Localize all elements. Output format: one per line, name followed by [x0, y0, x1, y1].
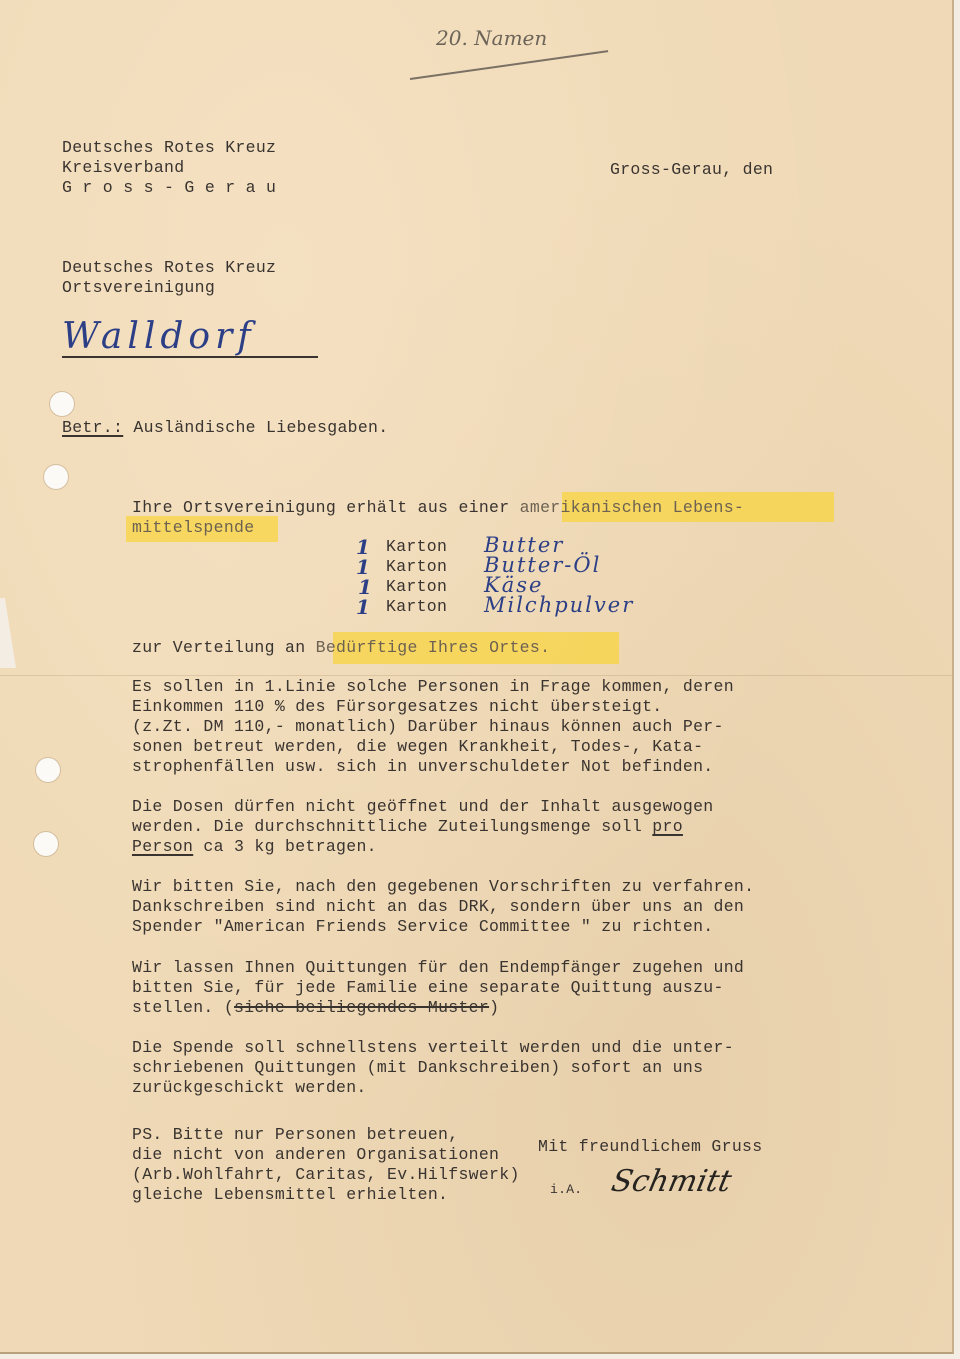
place-date: Gross-Gerau, den [610, 160, 773, 180]
paragraph-thanks-line: Dankschreiben sind nicht an das DRK, son… [132, 897, 744, 917]
paragraph-eligibility-line: sonen betreut werden, die wegen Krankhei… [132, 737, 703, 757]
underlined-text: Person [132, 837, 193, 856]
postscript-line: die nicht von anderen Organisationen [132, 1145, 499, 1165]
distribution-text: zur Verteilung an [132, 638, 316, 657]
paragraph-thanks-line: Wir bitten Sie, nach den gegebenen Vorsc… [132, 877, 754, 897]
paragraph-receipts-line-3: stellen. (siehe beiliegendes Muster) [132, 998, 499, 1018]
sender-line-2: Kreisverband [62, 158, 184, 178]
intro-text: Ihre Ortsvereinigung erhält aus einer [132, 498, 520, 517]
paragraph-distribution-speed-line: zurückgeschickt werden. [132, 1078, 367, 1098]
paragraph-eligibility-line: Es sollen in 1.Linie solche Personen in … [132, 677, 734, 697]
letter-page: 20. Namen Deutsches Rotes Kreuz Kreisver… [0, 0, 954, 1354]
paragraph-receipts-line-1: Wir lassen Ihnen Quittungen für den Ende… [132, 958, 744, 978]
distribution-highlight: Bedürftige Ihres Ortes. [316, 638, 551, 657]
paragraph-cans-line-2: werden. Die durchschnittliche Zuteilungs… [132, 817, 683, 837]
text: stellen. ( [132, 998, 234, 1017]
intro-line-1: Ihre Ortsvereinigung erhält aus einer am… [132, 498, 744, 518]
punch-hole [50, 392, 74, 416]
item-unit: Karton [386, 557, 447, 577]
closing: Mit freundlichem Gruss [538, 1137, 762, 1157]
place-underline [62, 356, 318, 358]
item-product: Milchpulver [484, 593, 634, 617]
paragraph-distribution-speed-line: Die Spende soll schnellstens verteilt we… [132, 1038, 734, 1058]
paragraph-eligibility-line: Einkommen 110 % des Fürsorgesatzes nicht… [132, 697, 662, 717]
subject-label: Betr.: [62, 418, 123, 437]
sender-line-1: Deutsches Rotes Kreuz [62, 138, 276, 158]
item-unit: Karton [386, 597, 447, 617]
paragraph-eligibility-line: (z.Zt. DM 110,- monatlich) Darüber hinau… [132, 717, 724, 737]
paragraph-receipts-line-2: bitten Sie, für jede Familie eine separa… [132, 978, 724, 998]
postscript-line: PS. Bitte nur Personen betreuen, [132, 1125, 458, 1145]
handwritten-place: Walldorf [62, 316, 256, 357]
text: ca 3 kg betragen. [193, 837, 377, 856]
intro-highlight: amerikanischen Lebens- [520, 498, 744, 517]
text: werden. Die durchschnittliche Zuteilungs… [132, 817, 652, 836]
paragraph-thanks-line: Spender "American Friends Service Commit… [132, 917, 714, 937]
item-quantity: 1 [356, 595, 370, 619]
paragraph-distribution-speed-line: schriebenen Quittungen (mit Dankschreibe… [132, 1058, 703, 1078]
recipient-line-1: Deutsches Rotes Kreuz [62, 258, 276, 278]
pencil-line [410, 50, 608, 79]
item-unit: Karton [386, 537, 447, 557]
sender-line-3: G r o s s - G e r a u [62, 178, 276, 198]
punch-hole [34, 832, 58, 856]
item-unit: Karton [386, 577, 447, 597]
intro-line-2: mittelspende [132, 518, 254, 538]
paragraph-cans-line-1: Die Dosen dürfen nicht geöffnet und der … [132, 797, 714, 817]
text: ) [489, 998, 499, 1017]
subject: Betr.: Ausländische Liebesgaben. [62, 418, 388, 438]
signature-prefix: i.A. [550, 1180, 582, 1200]
postscript-line: (Arb.Wohlfahrt, Caritas, Ev.Hilfswerk) [132, 1165, 520, 1185]
paper-fold [0, 675, 952, 676]
signature: Schmitt [608, 1164, 734, 1199]
postscript-line: gleiche Lebensmittel erhielten. [132, 1185, 448, 1205]
paragraph-eligibility-line: strophenfällen usw. sich in unverschulde… [132, 757, 714, 777]
paragraph-cans-line-3: Person ca 3 kg betragen. [132, 837, 377, 857]
punch-hole [36, 758, 60, 782]
punch-hole [44, 465, 68, 489]
distribution-line: zur Verteilung an Bedürftige Ihres Ortes… [132, 638, 550, 658]
subject-text: Ausländische Liebesgaben. [133, 418, 388, 437]
recipient-line-2: Ortsvereinigung [62, 278, 215, 298]
pencil-annotation: 20. Namen [436, 26, 547, 50]
paper-tear [0, 598, 16, 668]
underlined-text: pro [652, 817, 683, 836]
struck-text: siehe beiliegendes Muster [234, 998, 489, 1017]
